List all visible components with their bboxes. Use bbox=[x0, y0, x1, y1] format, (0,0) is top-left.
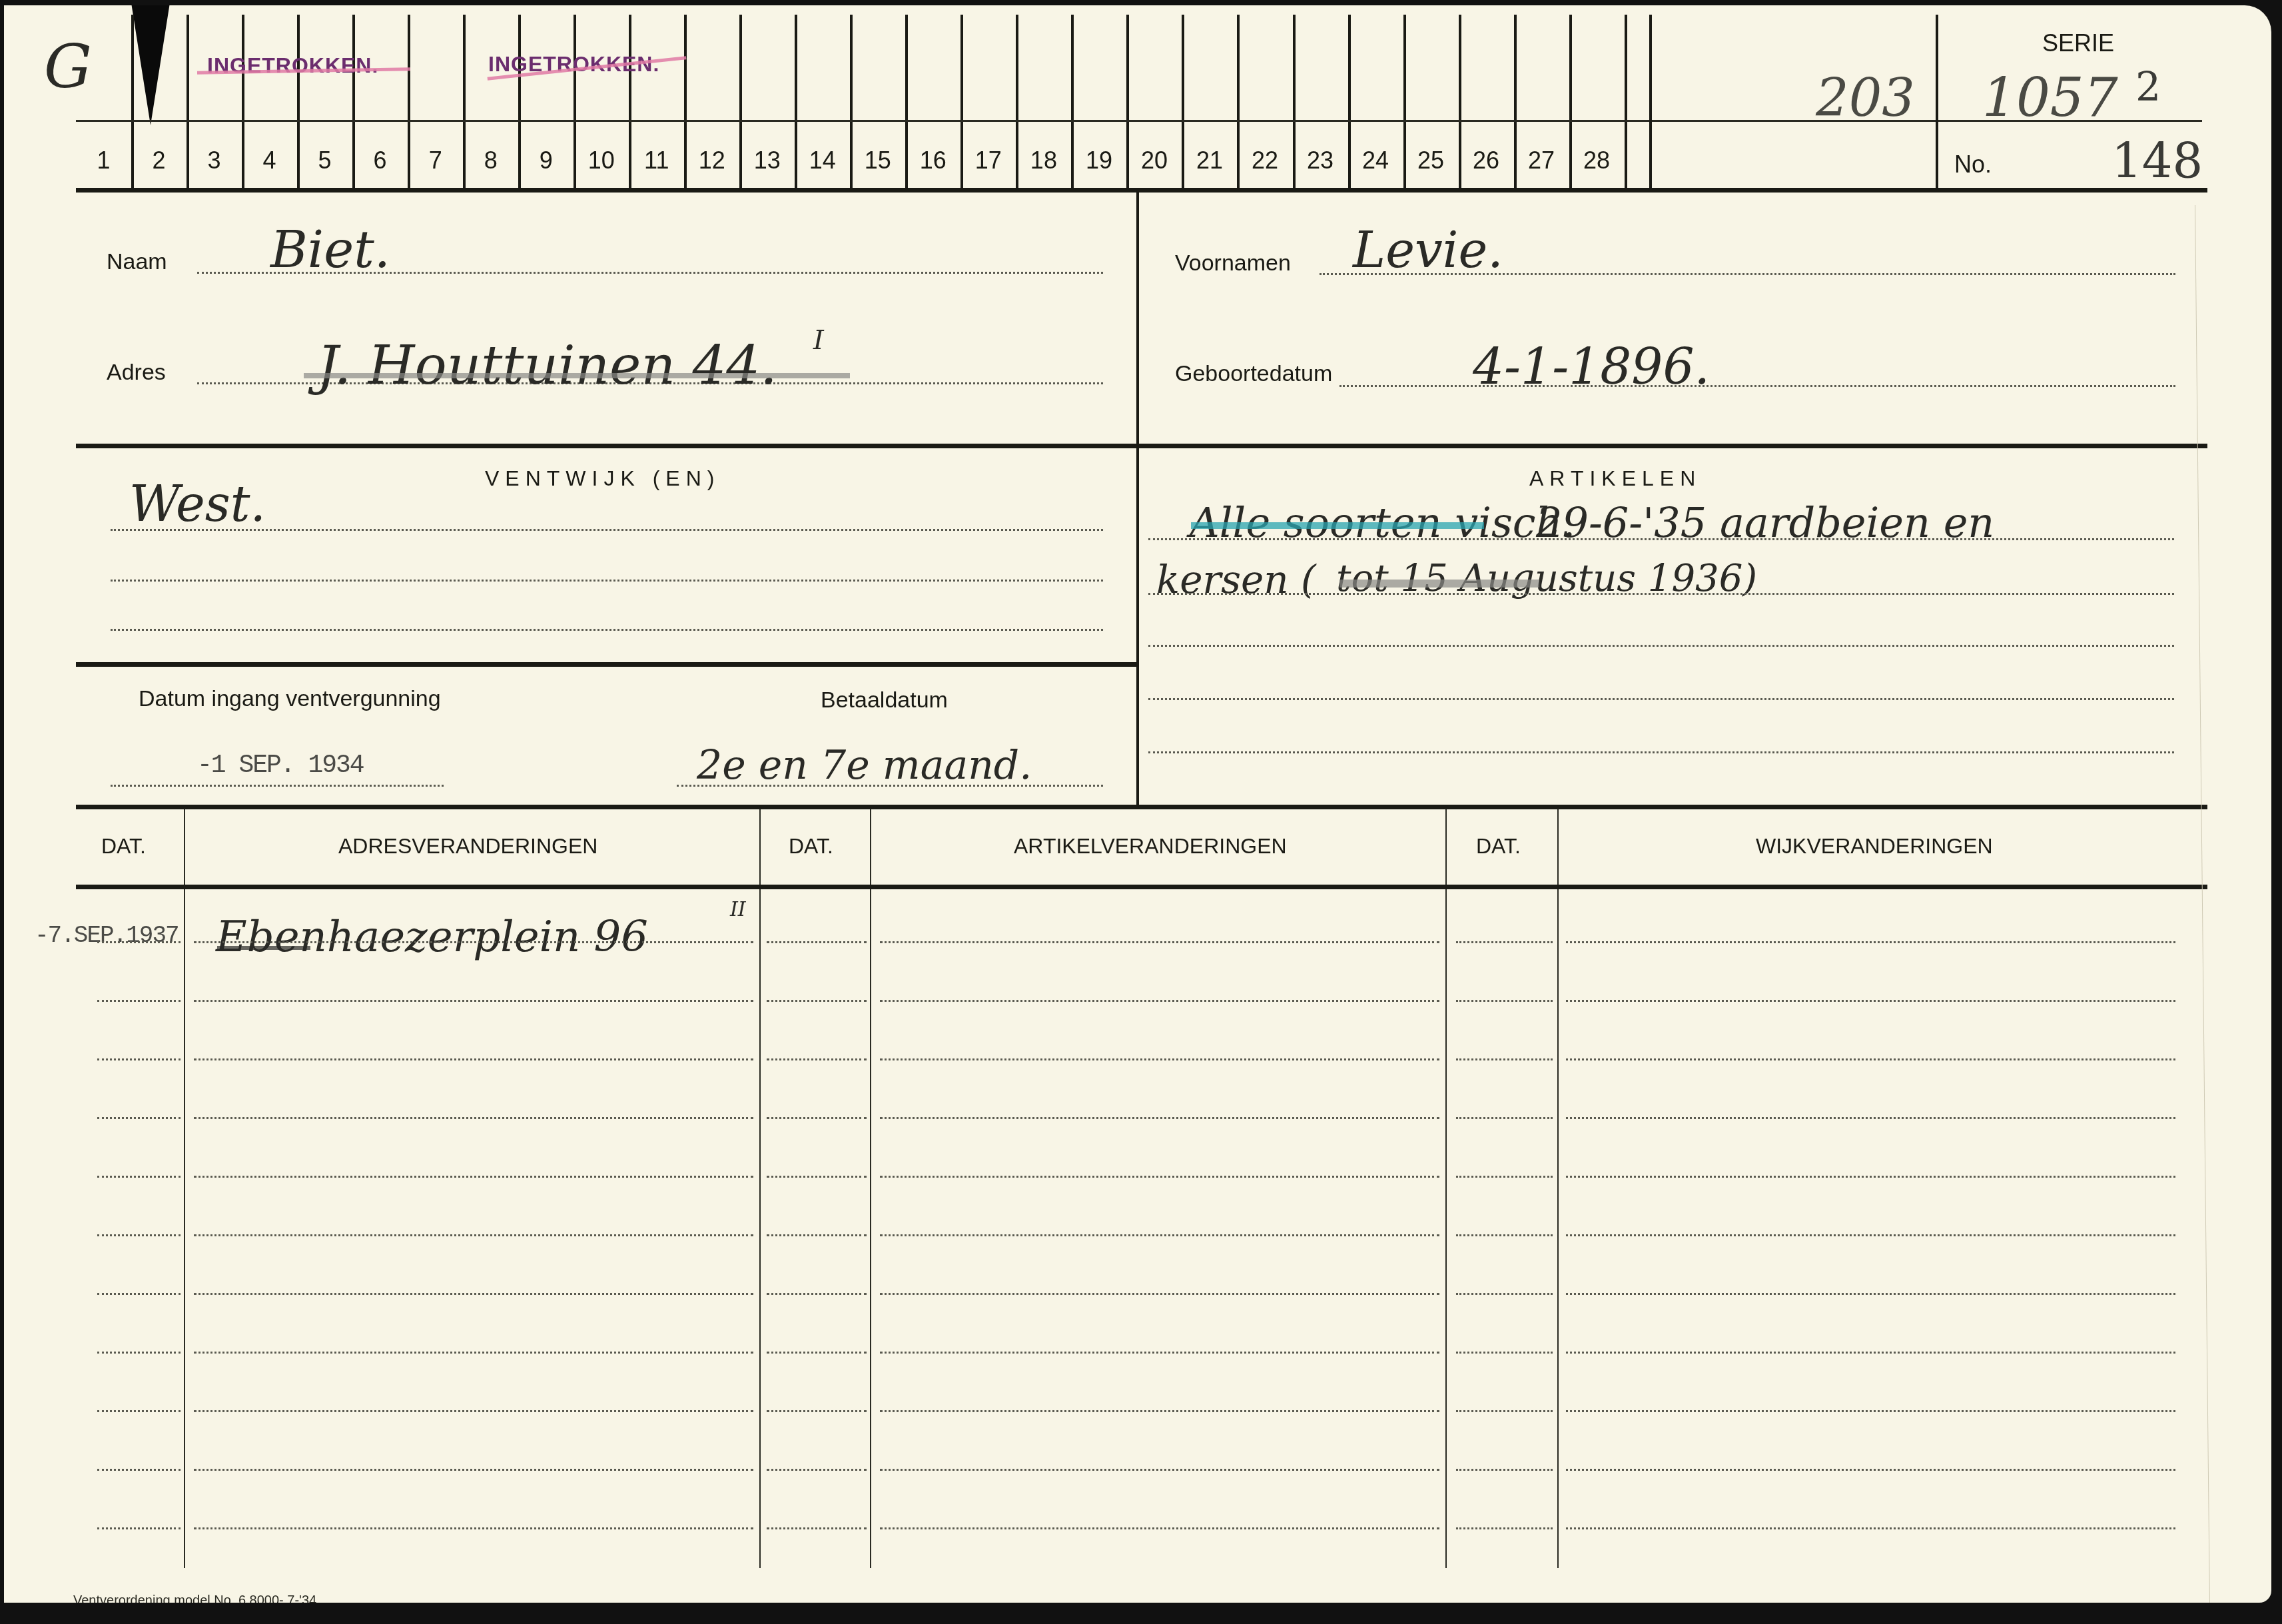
table-dotted-line bbox=[1456, 1469, 1553, 1471]
table-dotted-line bbox=[767, 941, 867, 943]
col-divider-2 bbox=[759, 809, 761, 1568]
table-dotted-line bbox=[1566, 1527, 2175, 1529]
row-adres-superscript: II bbox=[730, 898, 746, 921]
no-value: 148 bbox=[2111, 133, 2203, 189]
table-dotted-line bbox=[880, 1469, 1439, 1471]
table-dotted-line bbox=[97, 1469, 181, 1471]
adres-label: Adres bbox=[107, 360, 166, 386]
table-dotted-line bbox=[880, 1352, 1439, 1354]
column-number-28: 28 bbox=[1577, 147, 1617, 175]
row-adres-date: -7.SEP.1937 bbox=[35, 922, 179, 949]
index-notch bbox=[131, 5, 171, 125]
strip-column-divider bbox=[960, 15, 963, 189]
strip-column-divider bbox=[187, 15, 189, 189]
row-adres-strike bbox=[217, 946, 310, 950]
table-dotted-line bbox=[1456, 1293, 1553, 1295]
table-dotted-line bbox=[880, 1000, 1439, 1002]
column-number-21: 21 bbox=[1190, 147, 1230, 175]
handwritten-203: 203 bbox=[1816, 69, 1915, 129]
table-dotted-line bbox=[1456, 1352, 1553, 1354]
column-number-10: 10 bbox=[581, 147, 621, 175]
table-dotted-line bbox=[1456, 1058, 1553, 1060]
table-dotted-line bbox=[1566, 1176, 2175, 1178]
artikelen-header: ARTIKELEN bbox=[1529, 466, 1701, 491]
ingetrokken-stamp-1: INGETROKKEN. bbox=[207, 53, 378, 78]
voornamen-value: Levie. bbox=[1353, 222, 1503, 279]
table-dotted-line bbox=[767, 1527, 867, 1529]
personal-divider bbox=[1136, 192, 1139, 448]
column-number-16: 16 bbox=[913, 147, 953, 175]
strip-column-divider bbox=[850, 15, 853, 189]
strip-column-divider bbox=[242, 15, 244, 189]
table-dotted-line bbox=[767, 1058, 867, 1060]
table-dotted-line bbox=[767, 1293, 867, 1295]
strip-column-divider bbox=[1237, 15, 1240, 189]
ventwijk-value: West. bbox=[129, 476, 266, 533]
column-number-15: 15 bbox=[858, 147, 898, 175]
table-dotted-line bbox=[1456, 1410, 1553, 1412]
artikelen-line-4 bbox=[1148, 698, 2174, 700]
table-dotted-line bbox=[97, 1117, 181, 1119]
strip-column-divider bbox=[408, 15, 410, 189]
artikelen-line-1 bbox=[1148, 538, 2174, 540]
table-dotted-line bbox=[1456, 1234, 1553, 1236]
table-dotted-line bbox=[880, 1234, 1439, 1236]
col-divider-4 bbox=[1445, 809, 1447, 1568]
table-top-rule bbox=[76, 805, 2207, 809]
header-dat-2: DAT. bbox=[789, 834, 833, 859]
column-number-23: 23 bbox=[1300, 147, 1340, 175]
table-dotted-line bbox=[194, 1352, 753, 1354]
column-number-8: 8 bbox=[471, 147, 511, 175]
column-number-3: 3 bbox=[194, 147, 234, 175]
serie-midline bbox=[1649, 120, 2202, 122]
footer-print-text: Ventverordening model No. 6 8000- 7-'34 bbox=[73, 1593, 316, 1603]
box-divider bbox=[1649, 15, 1652, 189]
personal-bottom-rule bbox=[76, 444, 2207, 448]
artikelen-line2-start: kersen ( bbox=[1156, 557, 1316, 602]
table-dotted-line bbox=[1566, 1234, 2175, 1236]
strip-column-divider bbox=[1403, 15, 1406, 189]
ventwijk-divider bbox=[1136, 448, 1139, 807]
table-dotted-line bbox=[1566, 1117, 2175, 1119]
column-number-6: 6 bbox=[360, 147, 400, 175]
table-dotted-line bbox=[194, 1000, 753, 1002]
table-dotted-line bbox=[194, 1410, 753, 1412]
strip-midline bbox=[76, 120, 1649, 122]
column-number-1: 1 bbox=[84, 147, 124, 175]
table-dotted-line bbox=[97, 941, 181, 943]
table-dotted-line bbox=[194, 941, 753, 943]
strip-column-divider bbox=[1514, 15, 1517, 189]
table-dotted-line bbox=[880, 1410, 1439, 1412]
header-artikelveranderingen: ARTIKELVERANDERINGEN bbox=[1014, 834, 1287, 859]
table-dotted-line bbox=[194, 1234, 753, 1236]
table-dotted-line bbox=[1566, 1000, 2175, 1002]
strip-column-divider bbox=[795, 15, 797, 189]
header-dat-3: DAT. bbox=[1476, 834, 1521, 859]
datum-ingang-value: -1 SEP. 1934 bbox=[197, 751, 364, 780]
table-dotted-line bbox=[194, 1176, 753, 1178]
adres-strike bbox=[304, 373, 850, 378]
naam-label: Naam bbox=[107, 249, 167, 275]
table-dotted-line bbox=[767, 1117, 867, 1119]
column-number-4: 4 bbox=[250, 147, 290, 175]
table-dotted-line bbox=[767, 1176, 867, 1178]
table-dotted-line bbox=[1456, 941, 1553, 943]
table-dotted-line bbox=[194, 1469, 753, 1471]
vendor-registration-card: G 12345678910111213141516171819202122232… bbox=[4, 5, 2271, 1603]
column-number-7: 7 bbox=[416, 147, 456, 175]
strip-column-divider bbox=[905, 15, 908, 189]
table-dotted-line bbox=[880, 1527, 1439, 1529]
table-dotted-line bbox=[880, 941, 1439, 943]
column-number-9: 9 bbox=[526, 147, 566, 175]
header-adresveranderingen: ADRESVERANDERINGEN bbox=[338, 834, 597, 859]
strip-column-divider bbox=[1569, 15, 1572, 189]
table-dotted-line bbox=[97, 1000, 181, 1002]
table-dotted-line bbox=[97, 1058, 181, 1060]
table-header-rule bbox=[76, 885, 2207, 889]
table-dotted-line bbox=[97, 1410, 181, 1412]
table-dotted-line bbox=[767, 1000, 867, 1002]
adres-value: J. Houttuinen 44. bbox=[317, 334, 777, 396]
strip-column-divider bbox=[518, 15, 521, 189]
card-fold-line bbox=[2195, 205, 2210, 1603]
column-number-19: 19 bbox=[1079, 147, 1119, 175]
table-dotted-line bbox=[880, 1117, 1439, 1119]
table-dotted-line bbox=[880, 1058, 1439, 1060]
geboortedatum-value: 4-1-1896. bbox=[1473, 338, 1710, 396]
column-number-27: 27 bbox=[1521, 147, 1561, 175]
serie-suffix: 2 bbox=[2135, 64, 2161, 111]
no-label: No. bbox=[1954, 151, 1992, 179]
column-number-12: 12 bbox=[692, 147, 732, 175]
serie-label: SERIE bbox=[2042, 29, 2114, 57]
col-divider-3 bbox=[870, 809, 871, 1568]
column-number-2: 2 bbox=[139, 147, 179, 175]
column-number-25: 25 bbox=[1411, 147, 1451, 175]
strip-column-divider bbox=[739, 15, 742, 189]
corner-mark: G bbox=[44, 32, 92, 102]
table-dotted-line bbox=[97, 1527, 181, 1529]
column-number-18: 18 bbox=[1024, 147, 1064, 175]
table-dotted-line bbox=[97, 1176, 181, 1178]
table-dotted-line bbox=[1456, 1527, 1553, 1529]
col-divider-1 bbox=[184, 809, 185, 1568]
strip-column-divider bbox=[1126, 15, 1129, 189]
strip-column-divider bbox=[573, 15, 576, 189]
strip-bottom-rule bbox=[76, 188, 2207, 193]
col-divider-5 bbox=[1557, 809, 1559, 1568]
table-dotted-line bbox=[194, 1527, 753, 1529]
header-wijkveranderingen: WIJKVERANDERINGEN bbox=[1756, 834, 1993, 859]
table-dotted-line bbox=[97, 1234, 181, 1236]
table-dotted-line bbox=[880, 1293, 1439, 1295]
column-number-13: 13 bbox=[747, 147, 787, 175]
naam-value: Biet. bbox=[270, 220, 390, 279]
table-dotted-line bbox=[194, 1058, 753, 1060]
datum-ingang-line bbox=[111, 785, 444, 787]
table-dotted-line bbox=[767, 1469, 867, 1471]
table-dotted-line bbox=[1456, 1000, 1553, 1002]
column-number-5: 5 bbox=[305, 147, 345, 175]
strip-column-divider bbox=[1071, 15, 1074, 189]
adres-superscript: I bbox=[813, 325, 824, 356]
table-dotted-line bbox=[880, 1176, 1439, 1178]
table-dotted-line bbox=[767, 1352, 867, 1354]
column-number-11: 11 bbox=[637, 147, 677, 175]
serie-value: 1057 bbox=[1982, 67, 2118, 129]
artikelen-gray-strike bbox=[1339, 580, 1539, 588]
table-dotted-line bbox=[1566, 1293, 2175, 1295]
strip-column-divider bbox=[131, 15, 134, 189]
row-adres-value: Ebenhaezerplein 96 bbox=[216, 913, 648, 962]
strip-column-divider bbox=[1182, 15, 1184, 189]
strip-column-divider bbox=[1348, 15, 1351, 189]
ventwijk-line-1 bbox=[111, 529, 1103, 531]
geboortedatum-line bbox=[1339, 385, 2175, 387]
table-dotted-line bbox=[1456, 1176, 1553, 1178]
strip-column-divider bbox=[352, 15, 355, 189]
betaaldatum-value: 2e en 7e maand. bbox=[697, 742, 1032, 789]
artikelen-line-3 bbox=[1148, 645, 2174, 647]
column-number-22: 22 bbox=[1245, 147, 1285, 175]
table-dotted-line bbox=[767, 1234, 867, 1236]
strip-column-divider bbox=[1293, 15, 1296, 189]
column-number-26: 26 bbox=[1466, 147, 1506, 175]
betaaldatum-line bbox=[677, 785, 1103, 787]
strip-column-divider bbox=[463, 15, 466, 189]
strip-column-divider bbox=[684, 15, 687, 189]
table-dotted-line bbox=[767, 1410, 867, 1412]
table-dotted-line bbox=[1566, 1058, 2175, 1060]
artikelen-teal-strike bbox=[1191, 522, 1484, 529]
betaaldatum-label: Betaaldatum bbox=[821, 687, 948, 713]
table-dotted-line bbox=[194, 1293, 753, 1295]
table-dotted-line bbox=[1566, 1352, 2175, 1354]
artikelen-line-5 bbox=[1148, 751, 2174, 753]
voornamen-label: Voornamen bbox=[1175, 250, 1291, 276]
serie-divider bbox=[1936, 15, 1938, 189]
column-number-17: 17 bbox=[968, 147, 1008, 175]
table-dotted-line bbox=[97, 1293, 181, 1295]
strip-column-divider bbox=[629, 15, 631, 189]
artikelen-line-2 bbox=[1148, 593, 2174, 595]
column-number-20: 20 bbox=[1134, 147, 1174, 175]
table-dotted-line bbox=[1566, 941, 2175, 943]
vergunning-top-rule bbox=[76, 662, 1136, 667]
ventwijk-line-2 bbox=[111, 580, 1103, 582]
table-dotted-line bbox=[194, 1117, 753, 1119]
table-dotted-line bbox=[1456, 1117, 1553, 1119]
geboortedatum-label: Geboortedatum bbox=[1175, 361, 1332, 387]
strip-column-divider bbox=[1625, 15, 1627, 189]
table-dotted-line bbox=[1566, 1410, 2175, 1412]
column-number-14: 14 bbox=[803, 147, 843, 175]
datum-ingang-label: Datum ingang ventvergunning bbox=[139, 686, 441, 712]
strip-column-divider bbox=[297, 15, 300, 189]
header-dat-1: DAT. bbox=[101, 834, 146, 859]
column-number-24: 24 bbox=[1355, 147, 1395, 175]
ventwijk-header: VENTWIJK (EN) bbox=[485, 466, 720, 491]
table-dotted-line bbox=[1566, 1469, 2175, 1471]
strip-column-divider bbox=[1459, 15, 1461, 189]
table-dotted-line bbox=[97, 1352, 181, 1354]
strip-column-divider bbox=[1016, 15, 1018, 189]
ventwijk-line-3 bbox=[111, 629, 1103, 631]
